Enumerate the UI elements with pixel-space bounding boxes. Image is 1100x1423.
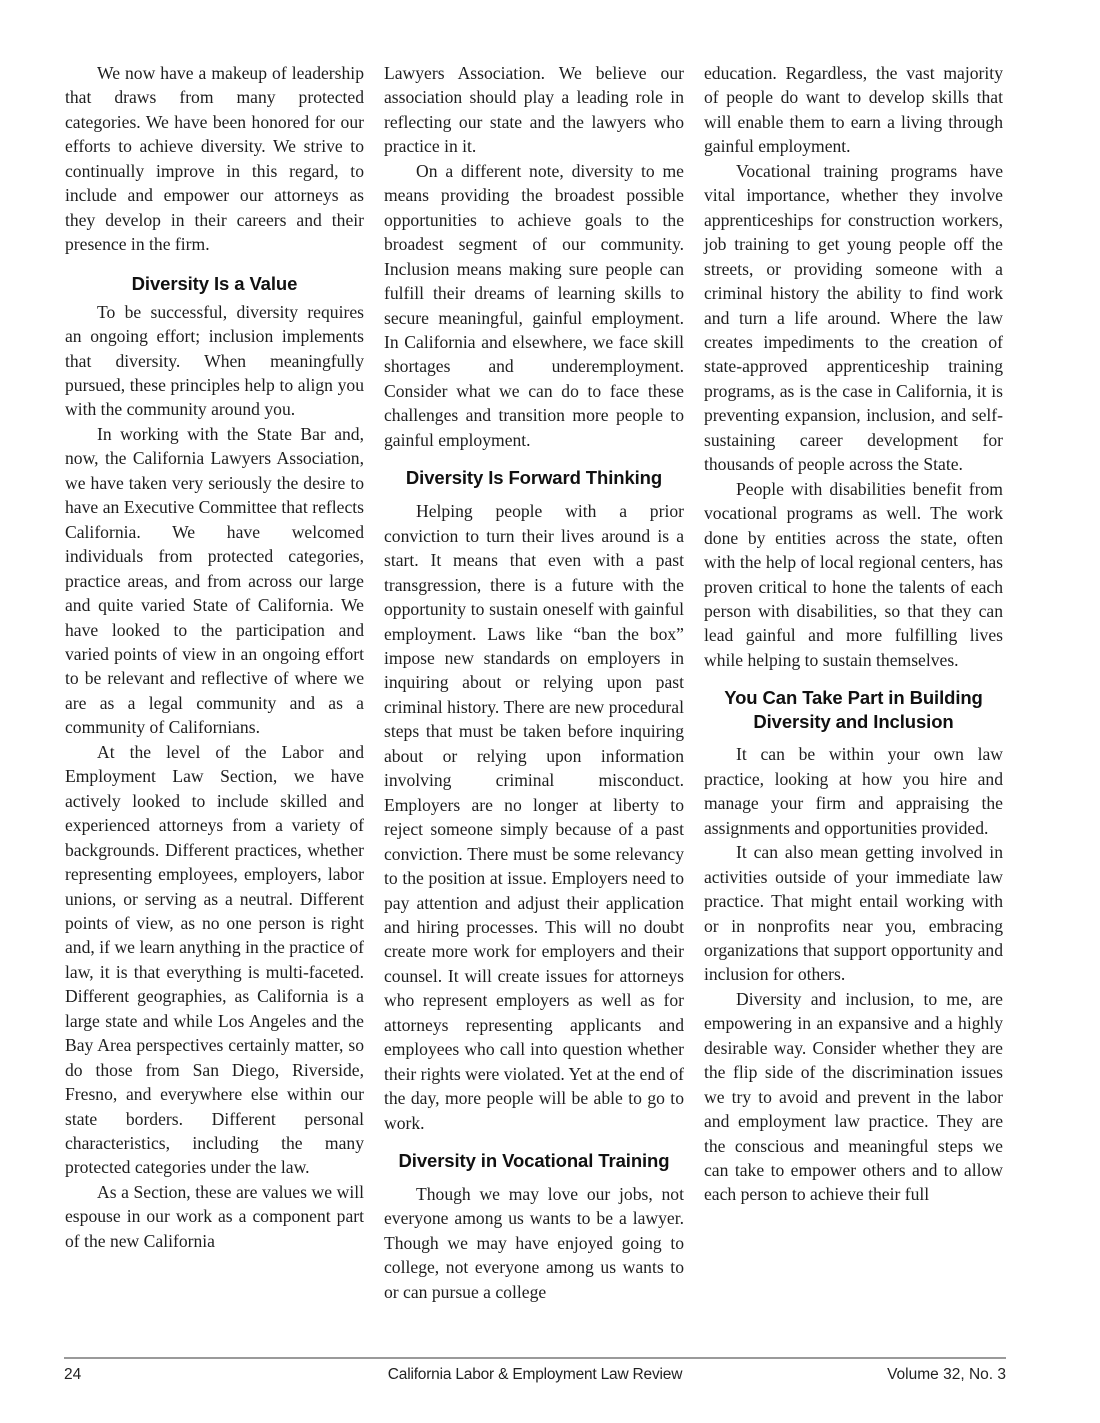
- section-heading-diversity-value: Diversity Is a Value: [65, 272, 364, 296]
- paragraph: In working with the State Bar and, now, …: [65, 422, 364, 740]
- paragraph: It can also mean getting involved in act…: [704, 840, 1003, 987]
- section-heading-forward-thinking: Diversity Is Forward Thinking: [384, 466, 684, 490]
- paragraph: It can be within your own law practice, …: [704, 742, 1003, 840]
- footer-divider: [64, 1357, 1006, 1359]
- paragraph: At the level of the Labor and Employment…: [65, 740, 364, 1180]
- column-right: education. Regardless, the vast majority…: [704, 61, 1003, 1207]
- paragraph: Vocational training programs have vital …: [704, 159, 1003, 477]
- paragraph: Helping people with a prior conviction t…: [384, 499, 684, 1135]
- column-left: We now have a makeup of leadership that …: [65, 61, 364, 1253]
- paragraph: People with disabilities benefit from vo…: [704, 477, 1003, 673]
- column-middle: Lawyers Association. We believe our asso…: [384, 61, 684, 1304]
- paragraph-continued: Lawyers Association. We believe our asso…: [384, 61, 684, 159]
- paragraph: We now have a makeup of leadership that …: [65, 61, 364, 257]
- paragraph: Though we may love our jobs, not everyon…: [384, 1182, 684, 1304]
- paragraph: On a different note, diversity to me mea…: [384, 159, 684, 452]
- journal-title: California Labor & Employment Law Review: [64, 1366, 1006, 1384]
- paragraph: To be successful, diversity requires an …: [65, 300, 364, 422]
- volume-issue: Volume 32, No. 3: [887, 1366, 1006, 1384]
- section-heading-vocational-training: Diversity in Vocational Training: [384, 1149, 684, 1173]
- paragraph: Diversity and inclusion, to me, are empo…: [704, 987, 1003, 1207]
- paragraph: As a Section, these are values we will e…: [65, 1180, 364, 1253]
- section-heading-take-part: You Can Take Part in Building Diversity …: [704, 686, 1003, 734]
- page-footer: 24 California Labor & Employment Law Rev…: [64, 1366, 1006, 1390]
- paragraph-continued: education. Regardless, the vast majority…: [704, 61, 1003, 159]
- magazine-page: We now have a makeup of leadership that …: [0, 0, 1100, 1423]
